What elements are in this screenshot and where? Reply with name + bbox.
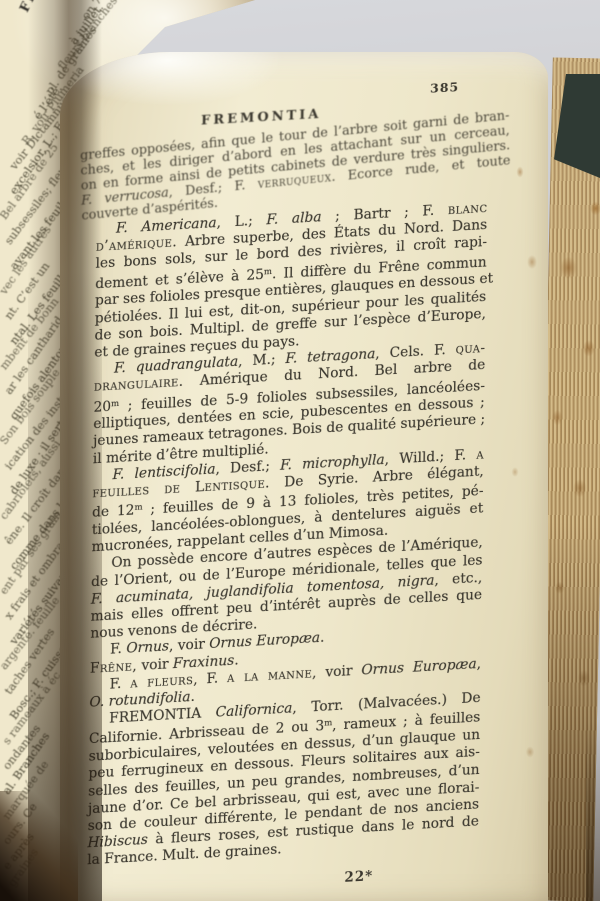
species-name-italic: Hibiscus bbox=[87, 832, 148, 851]
book-photo: FRAXINUSon 70 à 75à juillet.fleurs blanc… bbox=[0, 0, 600, 901]
small-caps-text: a la manne bbox=[227, 665, 312, 686]
species-name-italic: Fraxinus bbox=[173, 652, 235, 671]
small-caps-text: qua- bbox=[456, 340, 486, 358]
body-text-segment: , F. bbox=[193, 670, 227, 688]
body-text-segment: . bbox=[190, 689, 195, 705]
species-name-italic: Ornus bbox=[126, 639, 169, 657]
body-text-segment: , L.; bbox=[217, 212, 267, 231]
body-text-segment: voir bbox=[137, 656, 173, 674]
superscript-unit: m bbox=[134, 503, 142, 513]
superscript-unit: m bbox=[264, 267, 272, 277]
body-text-segment: 20 bbox=[93, 398, 111, 415]
body-text-segment: , voir bbox=[169, 636, 209, 654]
small-caps-text: blanc bbox=[448, 200, 488, 218]
body-text-segment: , M.; bbox=[238, 351, 285, 370]
small-caps-text: a fleurs bbox=[130, 672, 193, 692]
book-cover-edge-bottom bbox=[586, 721, 600, 901]
small-caps-text: a bbox=[476, 446, 484, 462]
body-text-segment: . bbox=[234, 652, 239, 668]
superscript-unit: m bbox=[324, 719, 332, 729]
species-name-italic: F. alba bbox=[266, 209, 321, 228]
body-text-segment: F. bbox=[110, 641, 126, 658]
body-text: F. Americana, L.; F. alba ; Bartr ; F. b… bbox=[87, 200, 487, 870]
right-page-content: 385 FREMONTIA greffes opposées, afin que… bbox=[87, 61, 490, 899]
small-caps-text: Frêne, bbox=[90, 658, 137, 677]
body-text-segment: de 12 bbox=[92, 503, 135, 521]
body-text-segment: . bbox=[320, 630, 325, 646]
body-text-segment: F. bbox=[110, 675, 131, 692]
body-paragraph: FREMONTIA Californica, Torr. (Malvacées.… bbox=[87, 690, 481, 870]
superscript-unit: m bbox=[111, 398, 119, 408]
body-text-segment: , bbox=[477, 656, 482, 672]
body-paragraph: F. Americana, L.; F. alba ; Bartr ; F. b… bbox=[94, 200, 487, 362]
body-text-segment: , etc., bbox=[434, 569, 482, 588]
body-text-segment: , voir bbox=[312, 662, 361, 681]
body-text-segment: , Desf.; bbox=[215, 458, 280, 478]
left-page-fragment: FRAXINUS bbox=[17, 0, 72, 15]
